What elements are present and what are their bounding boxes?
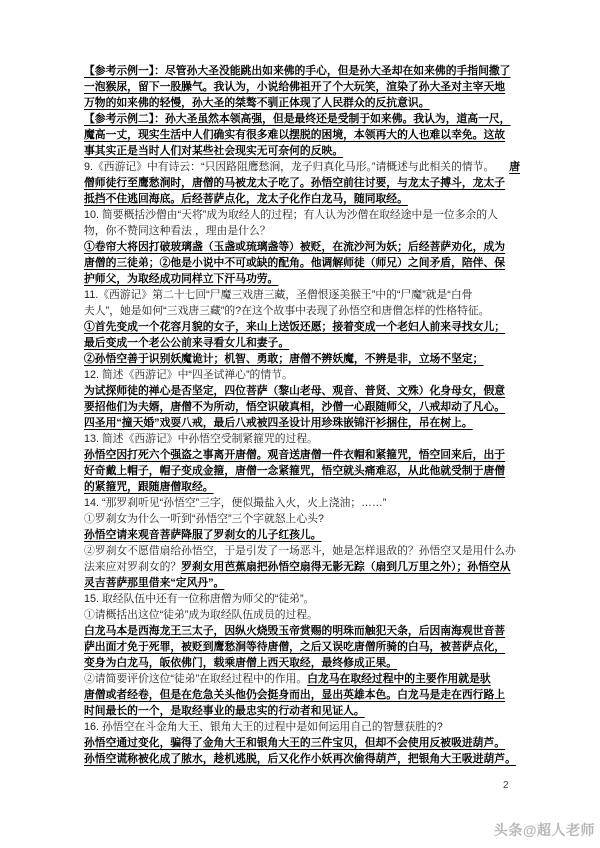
text-line: 9.《西游记》中有诗云：“只因路阻鹰愁涧，龙子归真化马形。”请概述与此相关的情节… [84, 159, 520, 175]
question-text: 13. 简述《西游记》中孙悟空受制紧箍咒的过程。 [84, 433, 318, 445]
question-text: 物，你不赞同这种看法 ，理由是什么？ [84, 225, 271, 237]
answer-text: 白龙马在取经过程中的主要作用就是驮 [307, 673, 491, 685]
text-line: 四圣用“撞天婚”戏耍八戒，最后八戒被四圣设计用珍珠嵌锦汗衫捆住，吊在树上。 [84, 415, 520, 431]
text-line: 护师父，为取经成功同样立下汗马功劳。 [84, 271, 520, 287]
text-line: ②罗刹女不愿借扇给孙悟空，于是引发了一场恶斗，她是怎样退敌的？孙悟空又是用什么办 [84, 543, 520, 559]
answer-text: 一泡猴尿，留下一股臊气。我认为，小说给佛祖开了个大玩笑，渲染了孙大圣对主宰天地 [84, 81, 505, 93]
answer-text: 孙悟空通过变化，骗得了金角大王和银角大王的三件宝贝，但却不会使用反被吸进葫芦。 [84, 737, 505, 749]
text-line: 万物的如来佛的轻慢，孙大圣的桀骜不驯正体现了人民群众的反抗意识。 [84, 95, 520, 111]
text-line: 法来应对罗刹女的？罗刹女用芭蕉扇把孙悟空扇得无影无踪（扇到几万里之外）；孙悟空从 [84, 559, 520, 575]
text-line: 11.《西游记》第二十七回“尸魔三戏唐三藏，圣僧恨逐美猴王”中的“尸魔”就是“白… [84, 287, 520, 303]
answer-text: 孙悟空因打死六个强盗之事离开唐僧。观音送唐僧一件衣帽和紧箍咒，悟空回来后，出于 [84, 449, 505, 461]
text-line: ①罗刹女为什么一听到“孙悟空”三个字就怒上心头? [84, 511, 520, 527]
text-line: 唐僧的三徒弟；②他是小说中不可或缺的配角。他调解师徒（师兄）之间矛盾，陪伴、保 [84, 255, 520, 271]
text-line: 孙悟空通过变化，骗得了金角大王和银角大王的三件宝贝，但却不会使用反被吸进葫芦。 [84, 735, 520, 751]
text-line: 魔高一丈，现实生活中人们确实有很多难以摆脱的困境，本领再大的人也难以幸免。这故 [84, 127, 520, 143]
question-text: 12. 简述《西游记》中“四圣试禅心”的情节。 [84, 369, 293, 381]
text-line: 孙悟空请来观音菩萨降服了罗刹女的儿子红孩儿。 [84, 527, 520, 543]
answer-text: 好奇戴上帽子，帽子变成金箍，唐僧一念紧箍咒，悟空就头痛难忍，从此他就受制于唐僧 [84, 465, 505, 477]
question-text: 10. 简要概括沙僧由“天将”成为取经人的过程；有人认为沙僧在取经途中是一位多余… [84, 209, 498, 221]
text-content: 【参考示例一】：尽管孙大圣没能跳出如来佛的手心，但是孙大圣却在如来佛的手指间撒了… [84, 63, 520, 767]
question-text: 15. 取经队伍中还有一位称唐僧为师父的“徒弟”。 [84, 593, 314, 605]
question-text: 夫人”，她是如何“三戏唐三藏”的?在这个故事中表现了孙悟空和唐僧怎样的性格特征。 [84, 305, 489, 317]
text-line: 夫人”，她是如何“三戏唐三藏”的?在这个故事中表现了孙悟空和唐僧怎样的性格特征。 [84, 303, 520, 319]
answer-text: 【参考示例二】：孙大圣虽然本领高强，但是最终还是受制于如来佛。我认为，道高一尺， [84, 113, 510, 125]
watermark: 头条@超人老师 [494, 820, 595, 840]
text-line: 【参考示例二】：孙大圣虽然本领高强，但是最终还是受制于如来佛。我认为，道高一尺， [84, 111, 520, 127]
text-line: 孙悟空谎称被化成了脓水，趁机逃脱，后又化作小妖再次偷得葫芦，把银角大王吸进葫芦。 [84, 751, 520, 767]
question-text: 14. “那罗刹听见“孙悟空”三字，便似撮盐入火，火上浇油；……” [84, 497, 386, 509]
question-text: ①罗刹女为什么一听到“孙悟空”三个字就怒上心头? [84, 513, 324, 525]
text-line: ①请概括出这位“徒弟”成为取经队伍成员的过程。 [84, 607, 520, 623]
answer-text: 为试探师徒的禅心是否坚定，四位菩萨（黎山老母、观音、普贤、文殊）化身母女，假意 [84, 385, 505, 397]
text-line: 13. 简述《西游记》中孙悟空受制紧箍咒的过程。 [84, 431, 520, 447]
text-line: ②请简要评价这位“徒弟”在取经过程中的作用。白龙马在取经过程中的主要作用就是驮 [84, 671, 520, 687]
text-line: 白龙马本是西海龙王三太子，因纵火烧毁玉帝赏赐的明珠而触犯天条，后因南海观世音菩 [84, 623, 520, 639]
text-line: 一泡猴尿，留下一股臊气。我认为，小说给佛祖开了个大玩笑，渲染了孙大圣对主宰天地 [84, 79, 520, 95]
answer-text: ①首先变成一个花容月貌的女子，来山上送饭还愿；接着变成一个老妇人前来寻找女儿； [84, 321, 505, 333]
answer-text: ②孙悟空善于识别妖魔诡计；机智、勇敢；唐僧不辨妖魔，不辨是非，立场不坚定； [84, 353, 483, 365]
text-line: 萨出面才免于死罪，被贬到鹰愁涧等待唐僧，之后又误吃唐僧所骑的白马，被菩萨点化， [84, 639, 520, 655]
answer-text: ①卷帘大将因打破玻璃盏（玉盏或琉璃盏等）被贬，在流沙河为妖；后经菩萨劝化，成为 [84, 241, 505, 253]
answer-text: 时间最长的一个，是取经事业的最忠实的行动者和见证人。 [84, 705, 365, 717]
text-line: 僧师徒行至鹰愁涧时，唐僧的马被龙太子吃了。孙悟空前往讨要，与龙太子搏斗，龙太子 [84, 175, 520, 191]
text-line: 为试探师徒的禅心是否坚定，四位菩萨（黎山老母、观音、普贤、文殊）化身母女，假意 [84, 383, 520, 399]
answer-text: 事其实正是当时人们对某些社会现实无可奈何的反映。 [84, 145, 343, 157]
answer-text: 灵吉菩萨那里借来“定风丹”。 [84, 577, 224, 589]
text-line: 物，你不赞同这种看法 ，理由是什么？ [84, 223, 520, 239]
text-line: 时间最长的一个，是取经事业的最忠实的行动者和见证人。 [84, 703, 520, 719]
answer-text: 僧师徒行至鹰愁涧时，唐僧的马被龙太子吃了。孙悟空前往讨要，与龙太子搏斗，龙太子 [84, 177, 505, 189]
answer-text: 护师父，为取经成功同样立下汗马功劳。 [84, 273, 278, 285]
answer-text: 万物的如来佛的轻慢，孙大圣的桀骜不驯正体现了人民群众的反抗意识。 [84, 97, 430, 109]
text-line: 事其实正是当时人们对某些社会现实无可奈何的反映。 [84, 143, 520, 159]
answer-text: 变身为白龙马，皈依佛门，载乘唐僧上西天取经，最终修成正果。 [84, 657, 397, 669]
text-line: 10. 简要概括沙僧由“天将”成为取经人的过程；有人认为沙僧在取经途中是一位多余… [84, 207, 520, 223]
answer-text: 唐僧的三徒弟；②他是小说中不可或缺的配角。他调解师徒（师兄）之间矛盾，陪伴、保 [84, 257, 505, 269]
answer-text: 唐 [509, 159, 520, 175]
text-line: 抵挡不住逃回海底。后经菩萨点化，龙太子化作白龙马，随同取经。 [84, 191, 520, 207]
page-number: 2 [503, 780, 509, 791]
answer-text: 抵挡不住逃回海底。后经菩萨点化，龙太子化作白龙马，随同取经。 [84, 193, 408, 205]
text-line: 变身为白龙马，皈依佛门，载乘唐僧上西天取经，最终修成正果。 [84, 655, 520, 671]
text-line: 要招他们为夫婿，唐僧不为所动，悟空识破真相，沙僧一心跟随师父，八戒却动了凡心。 [84, 399, 520, 415]
answer-text: 要招他们为夫婿，唐僧不为所动，悟空识破真相，沙僧一心跟随师父，八戒却动了凡心。 [84, 401, 505, 413]
text-line: ①首先变成一个花容月貌的女子，来山上送饭还愿；接着变成一个老妇人前来寻找女儿； [84, 319, 520, 335]
answer-text: 孙悟空请来观音菩萨降服了罗刹女的儿子红孩儿。 [84, 529, 322, 541]
answer-text: 唐僧或者经卷，但是在危急关头他仍会挺身而出，显出英雄本色。白龙马是走在西行路上 [84, 689, 505, 701]
text-line: 灵吉菩萨那里借来“定风丹”。 [84, 575, 520, 591]
text-line: ②孙悟空善于识别妖魔诡计；机智、勇敢；唐僧不辨妖魔，不辨是非，立场不坚定； [84, 351, 520, 367]
answer-text: 的紧箍咒，跟随唐僧取经。 [84, 481, 214, 493]
question-text: ②罗刹女不愿借扇给孙悟空，于是引发了一场恶斗，她是怎样退敌的？孙悟空又是用什么办 [84, 545, 516, 557]
text-line: 12. 简述《西游记》中“四圣试禅心”的情节。 [84, 367, 520, 383]
text-line: 15. 取经队伍中还有一位称唐僧为师父的“徒弟”。 [84, 591, 520, 607]
answer-text: 萨出面才免于死罪，被贬到鹰愁涧等待唐僧，之后又误吃唐僧所骑的白马，被菩萨点化， [84, 641, 505, 653]
question-text: ①请概括出这位“徒弟”成为取经队伍成员的过程。 [84, 609, 318, 621]
question-text: 16. 孙悟空在斗金角大王、银角大王的过程中是如何运用自己的智慧获胜的? [84, 721, 443, 733]
text-line: 唐僧或者经卷，但是在危急关头他仍会挺身而出，显出英雄本色。白龙马是走在西行路上 [84, 687, 520, 703]
document-page: 【参考示例一】：尽管孙大圣没能跳出如来佛的手心，但是孙大圣却在如来佛的手指间撒了… [0, 0, 600, 848]
answer-text: 四圣用“撞天婚”戏耍八戒，最后八戒被四圣设计用珍珠嵌锦汗衫捆住，吊在树上。 [84, 417, 473, 429]
text-line: 14. “那罗刹听见“孙悟空”三字，便似撮盐入火，火上浇油；……” [84, 495, 520, 511]
text-line: ①卷帘大将因打破玻璃盏（玉盏或琉璃盏等）被贬，在流沙河为妖；后经菩萨劝化，成为 [84, 239, 520, 255]
answer-text: 孙悟空谎称被化成了脓水，趁机逃脱，后又化作小妖再次偷得葫芦，把银角大王吸进葫芦。 [84, 753, 516, 765]
answer-text: 【参考示例一】：尽管孙大圣没能跳出如来佛的手心，但是孙大圣却在如来佛的手指间撒了 [84, 65, 510, 77]
answer-text: 最后变成一个老公公前来寻看女儿和妻子。 [84, 337, 289, 349]
text-line: 好奇戴上帽子，帽子变成金箍，唐僧一念紧箍咒，悟空就头痛难忍，从此他就受制于唐僧 [84, 463, 520, 479]
question-text: 11.《西游记》第二十七回“尸魔三戏唐三藏，圣僧恨逐美猴王”中的“尸魔”就是“白… [84, 289, 472, 301]
text-line: 孙悟空因打死六个强盗之事离开唐僧。观音送唐僧一件衣帽和紧箍咒，悟空回来后，出于 [84, 447, 520, 463]
text-line: 最后变成一个老公公前来寻看女儿和妻子。 [84, 335, 520, 351]
answer-text: 白龙马本是西海龙王三太子，因纵火烧毁玉帝赏赐的明珠而触犯天条，后因南海观世音菩 [84, 625, 505, 637]
text-line: 【参考示例一】：尽管孙大圣没能跳出如来佛的手心，但是孙大圣却在如来佛的手指间撒了 [84, 63, 520, 79]
text-line: 16. 孙悟空在斗金角大王、银角大王的过程中是如何运用自己的智慧获胜的? [84, 719, 520, 735]
text-line: 的紧箍咒，跟随唐僧取经。 [84, 479, 520, 495]
answer-text: 魔高一丈，现实生活中人们确实有很多难以摆脱的困境，本领再大的人也难以幸免。这故 [84, 129, 505, 141]
question-text: ②请简要评价这位“徒弟”在取经过程中的作用。 [84, 673, 307, 685]
question-text: 9.《西游记》中有诗云：“只因路阻鹰愁涧，龙子归真化马形。”请概述与此相关的情节… [84, 161, 494, 173]
answer-text: 罗刹女用芭蕉扇把孙悟空扇得无影无踪（扇到几万里之外）；孙悟空从 [181, 561, 510, 573]
question-text: 法来应对罗刹女的？ [84, 561, 181, 573]
